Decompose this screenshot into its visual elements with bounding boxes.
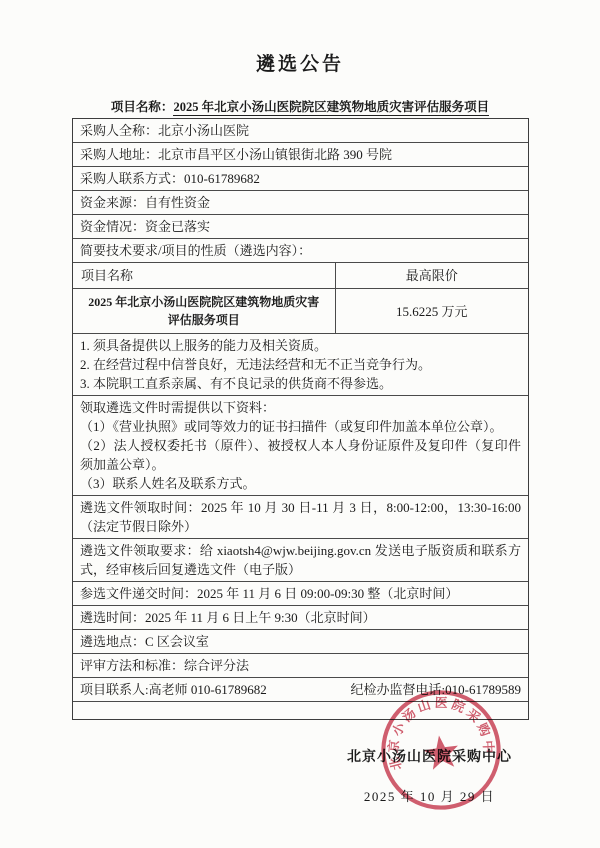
signature-block: 北京小汤山医院采购中心 2025 年 10 月 29 日 (347, 746, 512, 805)
signature-org: 北京小汤山医院采购中心 (347, 746, 512, 766)
purchaser-name-row: 采购人全称：北京小汤山医院 (73, 119, 528, 142)
project-name-label: 项目名称： (111, 100, 174, 114)
requirement-item: 2. 在经营过程中信誉良好，无违法经营和无不正当竞争行为。 (80, 355, 521, 374)
price-table-max-price: 15.6225 万元 (335, 289, 528, 333)
evaluation-method-row: 评审方法和标准：综合评分法 (73, 653, 528, 677)
tech-summary-label-row: 简要技术要求/项目的性质（遴选内容）： (73, 238, 528, 262)
page-title: 遴选公告 (0, 49, 600, 76)
contact-row: 项目联系人:高老师 010-61789682 纪检办监督电话:010-61789… (73, 677, 528, 701)
project-name-value: 2025 年北京小汤山医院院区建筑物地质灾害评估服务项目 (173, 100, 489, 116)
price-table-project-name: 2025 年北京小汤山医院院区建筑物地质灾害评估服务项目 (73, 289, 335, 333)
materials-intro: 领取遴选文件时需提供以下资料： (80, 398, 521, 417)
requirement-item: 3. 本院职工直系亲属、有不良记录的供货商不得参选。 (80, 374, 521, 393)
qualification-requirements-row: 1. 须具备提供以上服务的能力及相关资质。 2. 在经营过程中信誉良好，无违法经… (73, 333, 528, 395)
materials-item: （1）《营业执照》或同等效力的证书扫描件（或复印件加盖本单位公章）。 (80, 417, 521, 436)
project-name-line: 项目名称：2025 年北京小汤山医院院区建筑物地质灾害评估服务项目 (0, 97, 600, 115)
purchaser-address-row: 采购人地址：北京市昌平区小汤山镇银街北路 390 号院 (73, 142, 528, 166)
price-table-price-header: 最高限价 (335, 263, 528, 288)
price-table-project-row: 2025 年北京小汤山医院院区建筑物地质灾害评估服务项目 15.6225 万元 (73, 288, 528, 333)
project-contact: 项目联系人:高老师 010-61789682 (80, 680, 267, 699)
materials-item: （3）联系人姓名及联系方式。 (80, 474, 521, 493)
materials-item: （2）法人授权委托书（原件）、被授权人本人身份证原件及复印件（复印件须加盖公章）… (80, 436, 521, 474)
funding-status-row: 资金情况：资金已落实 (73, 214, 528, 238)
funding-source-row: 资金来源：自有性资金 (73, 190, 528, 214)
announcement-table: 采购人全称：北京小汤山医院 采购人地址：北京市昌平区小汤山镇银街北路 390 号… (72, 118, 529, 720)
document-page: 遴选公告 项目名称：2025 年北京小汤山医院院区建筑物地质灾害评估服务项目 采… (0, 0, 600, 848)
pickup-time-row: 遴选文件领取时间：2025 年 10 月 30 日-11 月 3 日，8:00-… (73, 495, 528, 538)
empty-row (73, 701, 528, 719)
discipline-supervision-phone: 纪检办监督电话:010-61789589 (351, 680, 521, 699)
pickup-requirement-row: 遴选文件领取要求：给 xiaotsh4@wjw.beijing.gov.cn 发… (73, 538, 528, 581)
materials-row: 领取遴选文件时需提供以下资料： （1）《营业执照》或同等效力的证书扫描件（或复印… (73, 395, 528, 495)
price-table-header-row: 项目名称 最高限价 (73, 262, 528, 288)
price-table-name-header: 项目名称 (73, 263, 335, 288)
selection-place-row: 遴选地点：C 区会议室 (73, 629, 528, 653)
requirement-item: 1. 须具备提供以上服务的能力及相关资质。 (80, 336, 521, 355)
signature-date: 2025 年 10 月 29 日 (347, 786, 512, 805)
selection-time-row: 遴选时间：2025 年 11 月 6 日上午 9:30（北京时间） (73, 605, 528, 629)
submission-time-row: 参选文件递交时间：2025 年 11 月 6 日 09:00-09:30 整（北… (73, 581, 528, 605)
purchaser-contact-row: 采购人联系方式：010-61789682 (73, 166, 528, 190)
